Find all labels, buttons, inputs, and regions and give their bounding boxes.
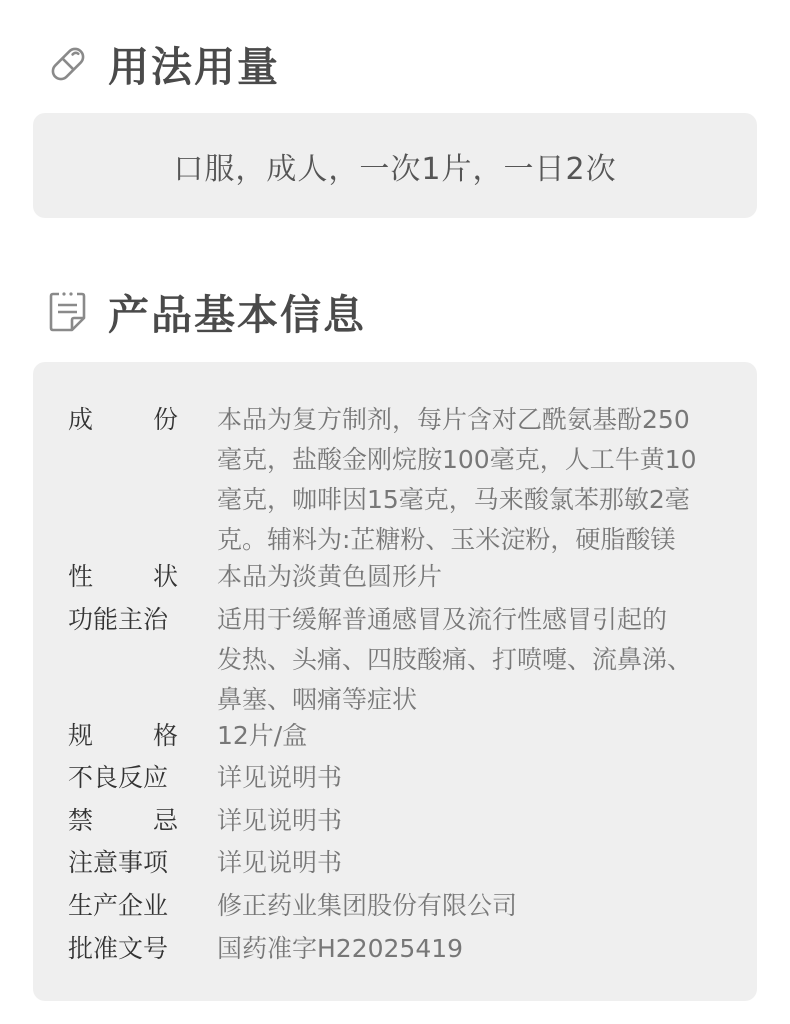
usage-text: 口服，成人，一次1片，一日2次 [173,144,616,188]
row-label: 不良反应 [68,758,178,798]
row-ingredients: 成份 本品为复方制剂，每片含对乙酰氨基酚250 毫克，盐酸金刚烷胺100毫克，人… [68,400,178,440]
row-label: 成份 [68,400,178,440]
usage-title: 用法用量 [108,34,280,93]
row-value: 修正药业集团股份有限公司 [217,886,737,926]
row-value: 本品为淡黄色圆形片 [217,557,737,597]
info-title: 产品基本信息 [108,282,366,341]
row-contraindications: 禁忌 详见说明书 [68,801,178,841]
usage-card: 口服，成人，一次1片，一日2次 [33,113,757,218]
row-value: 本品为复方制剂，每片含对乙酰氨基酚250 毫克，盐酸金刚烷胺100毫克，人工牛黄… [217,400,737,560]
row-label: 生产企业 [68,886,178,926]
row-value: 详见说明书 [217,758,737,798]
info-section-header: 产品基本信息 [44,282,366,341]
row-value: 国药准字H22025419 [217,929,737,969]
row-appearance: 性状 本品为淡黄色圆形片 [68,557,178,597]
row-label: 功能主治 [68,600,178,640]
usage-section-header: 用法用量 [44,34,280,93]
pill-icon [44,40,92,88]
row-indications: 功能主治 适用于缓解普通感冒及流行性感冒引起的 发热、头痛、四肢酸痛、打喷嚏、流… [68,600,178,640]
row-label: 批准文号 [68,929,178,969]
row-label: 禁忌 [68,801,178,841]
row-value: 详见说明书 [217,801,737,841]
row-label: 注意事项 [68,843,178,883]
row-precautions: 注意事项 详见说明书 [68,843,178,883]
row-label: 规格 [68,716,178,756]
row-spec: 规格 12片/盒 [68,716,178,756]
row-manufacturer: 生产企业 修正药业集团股份有限公司 [68,886,178,926]
row-value: 适用于缓解普通感冒及流行性感冒引起的 发热、头痛、四肢酸痛、打喷嚏、流鼻涕、 鼻… [217,600,737,720]
notepad-icon [44,288,92,336]
row-value: 详见说明书 [217,843,737,883]
row-value: 12片/盒 [217,716,737,756]
row-adverse-reactions: 不良反应 详见说明书 [68,758,178,798]
row-label: 性状 [68,557,178,597]
row-approval-number: 批准文号 国药准字H22025419 [68,929,178,969]
